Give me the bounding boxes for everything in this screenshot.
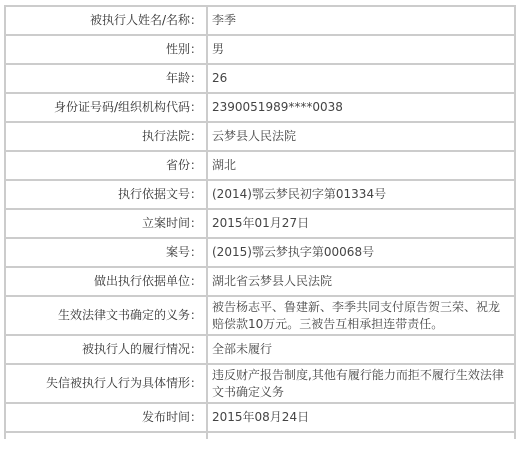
- label-legal-obligation: 生效法律文书确定的义务：: [5, 296, 207, 335]
- label-id-number: 身份证号码/组织机构代码：: [5, 93, 207, 122]
- value-legal-obligation: 被告杨志平、鲁建新、李季共同支付原告贺三荣、祝龙赔偿款10万元。三被告互相承担连…: [207, 296, 515, 335]
- row-basis-document-number: 执行依据文号： (2014)鄂云梦民初字第01334号: [5, 180, 515, 209]
- row-debtor-name: 被执行人姓名/名称： 李季: [5, 6, 515, 35]
- label-gender: 性别：: [5, 35, 207, 64]
- value-gender: 男: [207, 35, 515, 64]
- label-next-partial: [5, 432, 207, 439]
- row-age: 年龄： 26: [5, 64, 515, 93]
- value-id-number: 2390051989****0038: [207, 93, 515, 122]
- row-publish-date: 发布时间： 2015年08月24日: [5, 403, 515, 432]
- row-legal-obligation: 生效法律文书确定的义务： 被告杨志平、鲁建新、李季共同支付原告贺三荣、祝龙赔偿款…: [5, 296, 515, 335]
- label-basis-issuing-unit: 做出执行依据单位：: [5, 267, 207, 296]
- label-dishonest-behavior: 失信被执行人行为具体情形：: [5, 364, 207, 403]
- debtor-info-table: 被执行人姓名/名称： 李季 性别： 男 年龄： 26 身份证号码/组织机构代码：…: [4, 5, 516, 439]
- row-gender: 性别： 男: [5, 35, 515, 64]
- value-dishonest-behavior: 违反财产报告制度,其他有履行能力而拒不履行生效法律文书确定义务: [207, 364, 515, 403]
- row-next-partial: [5, 432, 515, 439]
- row-basis-issuing-unit: 做出执行依据单位： 湖北省云梦县人民法院: [5, 267, 515, 296]
- row-dishonest-behavior: 失信被执行人行为具体情形： 违反财产报告制度,其他有履行能力而拒不履行生效法律文…: [5, 364, 515, 403]
- label-age: 年龄：: [5, 64, 207, 93]
- value-next-partial: [207, 432, 515, 439]
- value-performance-status: 全部未履行: [207, 335, 515, 364]
- value-case-number: (2015)鄂云梦执字第00068号: [207, 238, 515, 267]
- value-province: 湖北: [207, 151, 515, 180]
- label-basis-document-number: 执行依据文号：: [5, 180, 207, 209]
- row-performance-status: 被执行人的履行情况： 全部未履行: [5, 335, 515, 364]
- label-debtor-name: 被执行人姓名/名称：: [5, 6, 207, 35]
- row-filing-date: 立案时间： 2015年01月27日: [5, 209, 515, 238]
- value-age: 26: [207, 64, 515, 93]
- value-filing-date: 2015年01月27日: [207, 209, 515, 238]
- value-executing-court: 云梦县人民法院: [207, 122, 515, 151]
- label-publish-date: 发布时间：: [5, 403, 207, 432]
- label-performance-status: 被执行人的履行情况：: [5, 335, 207, 364]
- value-publish-date: 2015年08月24日: [207, 403, 515, 432]
- value-debtor-name: 李季: [207, 6, 515, 35]
- row-executing-court: 执行法院： 云梦县人民法院: [5, 122, 515, 151]
- label-case-number: 案号：: [5, 238, 207, 267]
- value-basis-document-number: (2014)鄂云梦民初字第01334号: [207, 180, 515, 209]
- row-province: 省份： 湖北: [5, 151, 515, 180]
- label-executing-court: 执行法院：: [5, 122, 207, 151]
- row-id-number: 身份证号码/组织机构代码： 2390051989****0038: [5, 93, 515, 122]
- value-basis-issuing-unit: 湖北省云梦县人民法院: [207, 267, 515, 296]
- label-province: 省份：: [5, 151, 207, 180]
- dishonest-debtor-info-panel: 被执行人姓名/名称： 李季 性别： 男 年龄： 26 身份证号码/组织机构代码：…: [4, 5, 516, 439]
- label-filing-date: 立案时间：: [5, 209, 207, 238]
- row-case-number: 案号： (2015)鄂云梦执字第00068号: [5, 238, 515, 267]
